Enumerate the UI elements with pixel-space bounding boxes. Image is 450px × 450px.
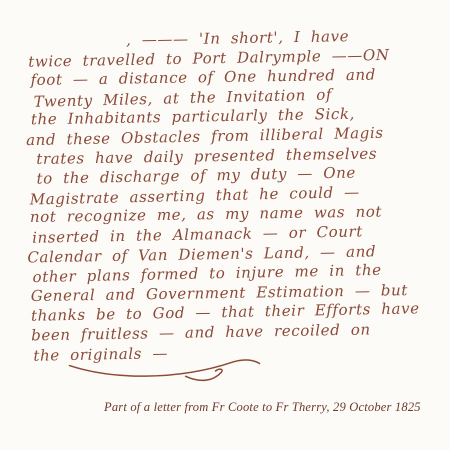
caption: Part of a letter from Fr Coote to Fr The…	[104, 400, 421, 415]
handwritten-letter: , ——— 'In short', I have twice travelled…	[24, 27, 450, 386]
scanned-letter-page: , ——— 'In short', I have twice travelled…	[0, 0, 450, 450]
